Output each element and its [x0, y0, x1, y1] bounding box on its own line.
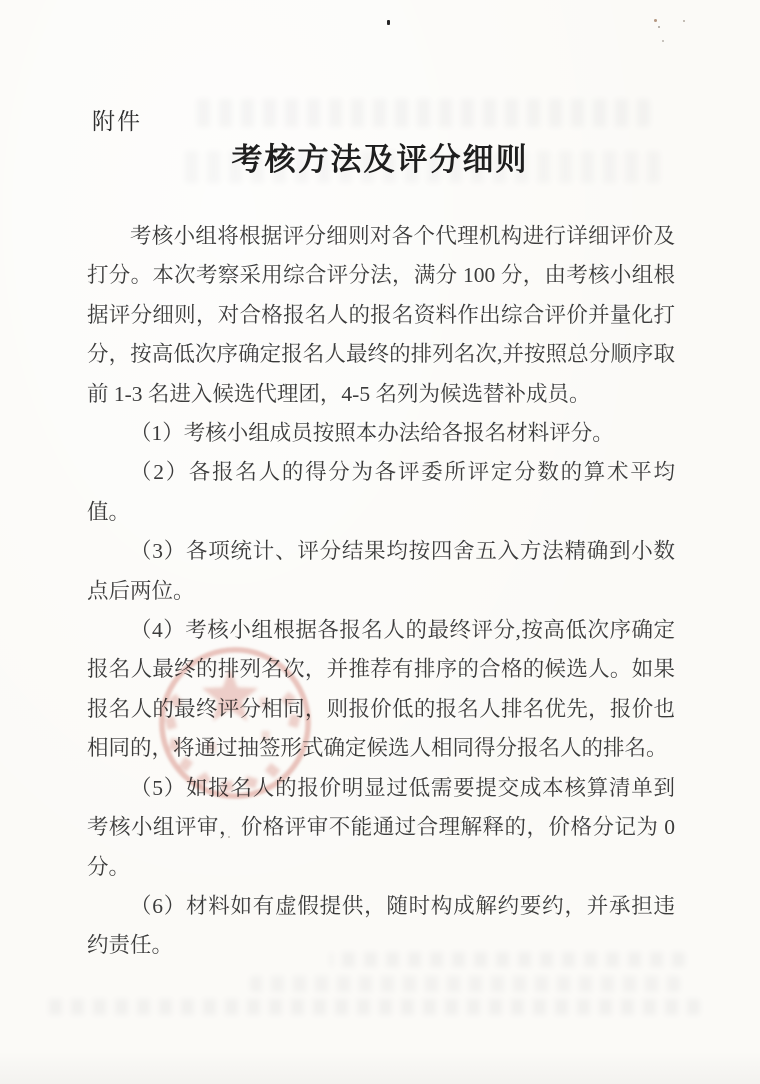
attachment-label: 附件	[92, 103, 142, 136]
dust-speck	[387, 20, 390, 25]
paragraph-item-2: （2）各报名人的得分为各评委所评定分数的算术平均值。	[87, 453, 675, 532]
dust-speck	[654, 19, 657, 22]
paragraph-item-4: （4）考核小组根据各报名人的最终评分,按高低次序确定报名人最终的排列名次，并推荐…	[87, 611, 675, 769]
dust-speck	[658, 26, 660, 28]
paragraph-intro: 考核小组将根据评分细则对各个代理机构进行详细评价及打分。本次考察采用综合评分法，…	[87, 217, 675, 414]
paragraph-item-6: （6）材料如有虚假提供，随时构成解约要约，并承担违约责任。	[87, 887, 675, 966]
bleedthrough-artifact	[250, 976, 680, 992]
document-body: 考核小组将根据评分细则对各个代理机构进行详细评价及打分。本次考察采用综合评分法，…	[87, 217, 675, 966]
scanned-document-page: 附件 考核方法及评分细则 考核小组将根据评分细则对各个代理机构进行详细评价及打分…	[0, 0, 760, 1084]
dust-speck	[683, 20, 685, 22]
paragraph-item-5: （5）如报名人的报价明显过低需要提交成本核算清单到考核小组评审，价格评审不能通过…	[87, 769, 675, 887]
page-title: 考核方法及评分细则	[0, 134, 760, 179]
paragraph-item-3: （3）各项统计、评分结果均按四舍五入方法精确到小数点后两位。	[87, 532, 675, 611]
dust-speck	[662, 40, 664, 42]
bleedthrough-artifact	[195, 99, 650, 127]
bleedthrough-artifact	[45, 999, 700, 1015]
paragraph-item-1: （1）考核小组成员按照本办法给各报名材料评分。	[87, 414, 675, 453]
